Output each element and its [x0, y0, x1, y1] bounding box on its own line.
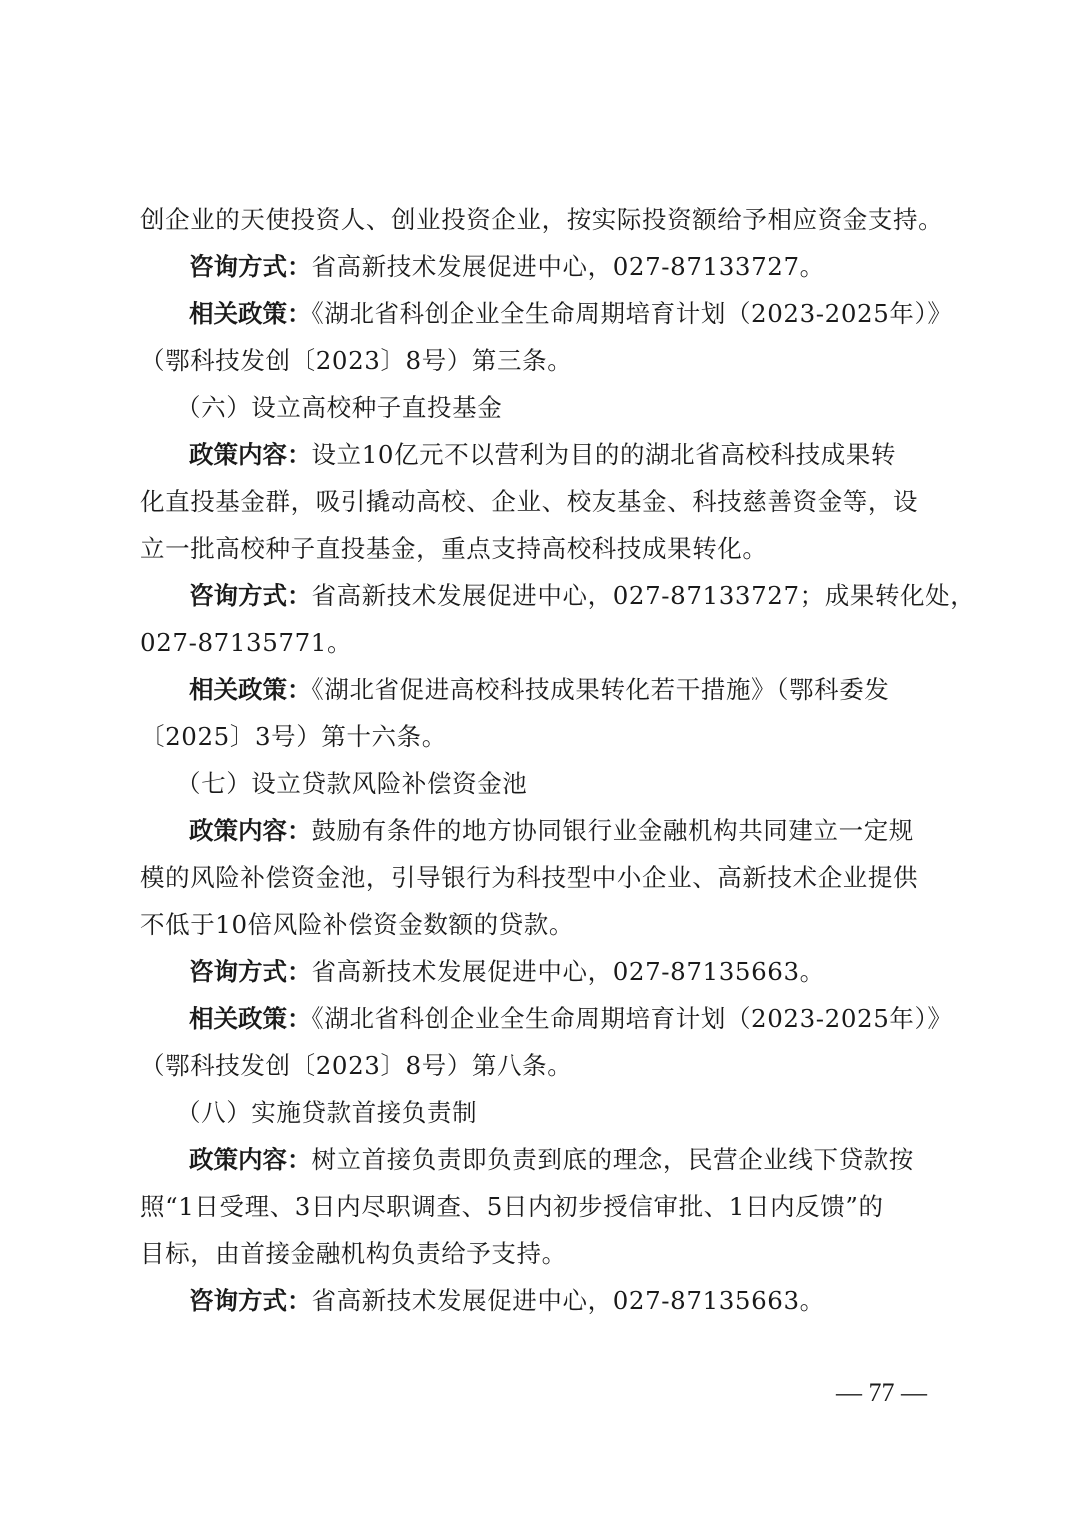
page-number: — 77 — [836, 1378, 927, 1408]
related-policy-text: 《湖北省科创企业全生命周期培育计划（2023-2025年）》 [312, 1004, 953, 1033]
related-policy-text: 《湖北省促进高校科技成果转化若干措施》（鄂科委发 [312, 675, 890, 704]
related-policy-label: 相关政策： [189, 299, 312, 328]
policy-content-text: 设立10亿元不以营利为目的的湖北省高校科技成果转 [312, 440, 897, 469]
related-policy-label: 相关政策： [189, 1004, 312, 1033]
paragraph-line: 创企业的天使投资人、创业投资企业，按实际投资额给予相应资金支持。 [140, 196, 922, 243]
related-policy-label: 相关政策： [189, 675, 312, 704]
contact-line: 咨询方式：省高新技术发展促进中心，027-87135663。 [140, 948, 922, 995]
paragraph-line: 立一批高校种子直投基金，重点支持高校科技成果转化。 [140, 525, 922, 572]
paragraph-line: 不低于10倍风险补偿资金数额的贷款。 [140, 901, 922, 948]
contact-label: 咨询方式： [189, 957, 312, 986]
section-heading: （六）设立高校种子直投基金 [140, 384, 922, 431]
policy-content-label: 政策内容： [189, 1145, 312, 1174]
policy-content-label: 政策内容： [189, 816, 312, 845]
paragraph-line: 照“1日受理、3日内尽职调查、5日内初步授信审批、1日内反馈”的 [140, 1183, 922, 1230]
contact-label: 咨询方式： [189, 581, 312, 610]
paragraph-line: （鄂科技发创〔2023〕8号）第三条。 [140, 337, 922, 384]
policy-content-text: 鼓励有条件的地方协同银行业金融机构共同建立一定规 [312, 816, 914, 845]
contact-line: 咨询方式：省高新技术发展促进中心，027-87133727；成果转化处， [140, 572, 922, 619]
paragraph-line: 模的风险补偿资金池，引导银行为科技型中小企业、高新技术企业提供 [140, 854, 922, 901]
contact-line: 咨询方式：省高新技术发展促进中心，027-87133727。 [140, 243, 922, 290]
paragraph-line: 化直投基金群，吸引撬动高校、企业、校友基金、科技慈善资金等，设 [140, 478, 922, 525]
document-body: 创企业的天使投资人、创业投资企业，按实际投资额给予相应资金支持。 咨询方式：省高… [140, 196, 922, 1324]
contact-line: 咨询方式：省高新技术发展促进中心，027-87135663。 [140, 1277, 922, 1324]
related-policy-text: 《湖北省科创企业全生命周期培育计划（2023-2025年）》 [312, 299, 953, 328]
contact-text: 省高新技术发展促进中心，027-87135663。 [312, 1286, 825, 1315]
contact-text: 省高新技术发展促进中心，027-87135663。 [312, 957, 825, 986]
paragraph-line: （鄂科技发创〔2023〕8号）第八条。 [140, 1042, 922, 1089]
section-heading: （七）设立贷款风险补偿资金池 [140, 760, 922, 807]
contact-label: 咨询方式： [189, 252, 312, 281]
policy-content-line: 政策内容：鼓励有条件的地方协同银行业金融机构共同建立一定规 [140, 807, 922, 854]
section-heading: （八）实施贷款首接负责制 [140, 1089, 922, 1136]
contact-text: 省高新技术发展促进中心，027-87133727；成果转化处， [312, 581, 976, 610]
policy-content-label: 政策内容： [189, 440, 312, 469]
policy-content-text: 树立首接负责即负责到底的理念，民营企业线下贷款按 [312, 1145, 914, 1174]
contact-text: 省高新技术发展促进中心，027-87133727。 [312, 252, 825, 281]
paragraph-line: 目标，由首接金融机构负责给予支持。 [140, 1230, 922, 1277]
policy-content-line: 政策内容：设立10亿元不以营利为目的的湖北省高校科技成果转 [140, 431, 922, 478]
paragraph-line: 〔2025〕3号）第十六条。 [140, 713, 922, 760]
paragraph-line: 027-87135771。 [140, 619, 922, 666]
related-policy-line: 相关政策：《湖北省科创企业全生命周期培育计划（2023-2025年）》 [140, 995, 922, 1042]
related-policy-line: 相关政策：《湖北省科创企业全生命周期培育计划（2023-2025年）》 [140, 290, 922, 337]
related-policy-line: 相关政策：《湖北省促进高校科技成果转化若干措施》（鄂科委发 [140, 666, 922, 713]
contact-label: 咨询方式： [189, 1286, 312, 1315]
policy-content-line: 政策内容：树立首接负责即负责到底的理念，民营企业线下贷款按 [140, 1136, 922, 1183]
